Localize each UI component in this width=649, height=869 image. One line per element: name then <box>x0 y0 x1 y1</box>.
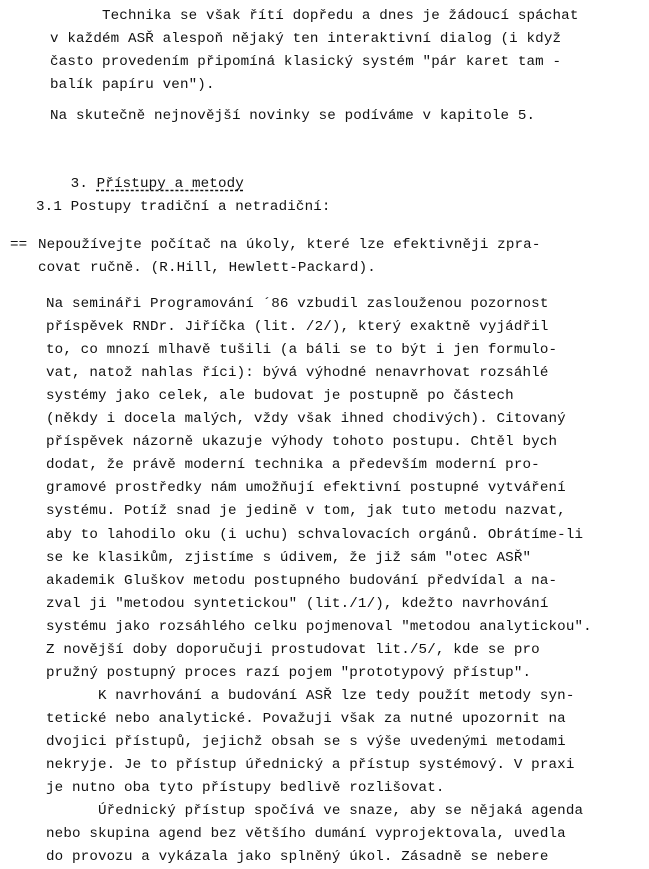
quote-marker: == <box>10 234 27 257</box>
body-line: aby to lahodilo oku (i uchu) schvalovací… <box>46 524 583 547</box>
body-line: tetické nebo analytické. Považuji však z… <box>46 708 566 731</box>
body-line: příspěvek RNDr. Jiříčka (lit. /2/), kter… <box>46 316 549 339</box>
intro-line: v každém ASŘ alespoň nějaký ten interakt… <box>50 28 561 51</box>
body-line: nebo skupina agend bez většího dumání vy… <box>46 823 566 846</box>
body-line: systému jako rozsáhlého celku pojmenoval… <box>46 616 592 639</box>
body-line: dvojici přístupů, jejichž obsah se s výš… <box>46 731 566 754</box>
typewritten-page: Technika se však řítí dopředu a dnes je … <box>0 0 649 869</box>
body-line: gramové prostředky nám umožňují efektivn… <box>46 477 566 500</box>
quote-line: Nepoužívejte počítač na úkoly, které lze… <box>38 234 541 257</box>
body-line: je nutno oba tyto přístupy bedlivě rozli… <box>46 777 445 800</box>
body-line: příspěvek názorně ukazuje výhody tohoto … <box>46 431 557 454</box>
body-line: Z novější doby doporučuji prostudovat li… <box>46 639 540 662</box>
body-line: zval ji "metodou syntetickou" (lit./1/),… <box>46 593 549 616</box>
intro-line: Technika se však řítí dopředu a dnes je … <box>50 5 579 28</box>
body-line: se ke klasikům, zjistíme s údivem, že ji… <box>46 547 531 570</box>
body-line: (někdy i docela malých, vždy však ihned … <box>46 408 566 431</box>
body-line: nekryje. Je to přístup úřednický a příst… <box>46 754 575 777</box>
section-number: 3. <box>71 176 88 192</box>
intro-line: často provedením připomíná klasický syst… <box>50 51 561 74</box>
subsection-heading: 3.1 Postupy tradiční a netradiční: <box>36 196 331 219</box>
intro-line: balík papíru ven"). <box>50 74 215 97</box>
body-line: systémy jako celek, ale budovat je postu… <box>46 385 514 408</box>
section-title: Přístupy a metody <box>97 176 244 192</box>
body-line: dodat, že právě moderní technika a přede… <box>46 454 540 477</box>
body-line: Na semináři Programování ´86 vzbudil zas… <box>46 293 549 316</box>
quote-line: covat ručně. (R.Hill, Hewlett-Packard). <box>38 257 376 280</box>
section-heading: 3. Přístupy a metody <box>36 150 244 173</box>
body-line: Úřednický přístup spočívá ve snaze, aby … <box>46 800 583 823</box>
body-line: K navrhování a budování ASŘ lze tedy pou… <box>46 685 575 708</box>
body-line: systému. Potíž snad je jedině v tom, jak… <box>46 500 566 523</box>
body-line: vat, natož nahlas říci): bývá výhodné ne… <box>46 362 549 385</box>
body-line: do provozu a vykázala jako splněný úkol.… <box>46 846 549 869</box>
body-line: akademik Gluškov metodu postupného budov… <box>46 570 557 593</box>
body-line: pružný postupný proces razí pojem "proto… <box>46 662 531 685</box>
intro-note: Na skutečně nejnovější novinky se podívá… <box>50 105 535 128</box>
body-line: to, co mnozí mlhavě tušili (a báli se to… <box>46 339 557 362</box>
